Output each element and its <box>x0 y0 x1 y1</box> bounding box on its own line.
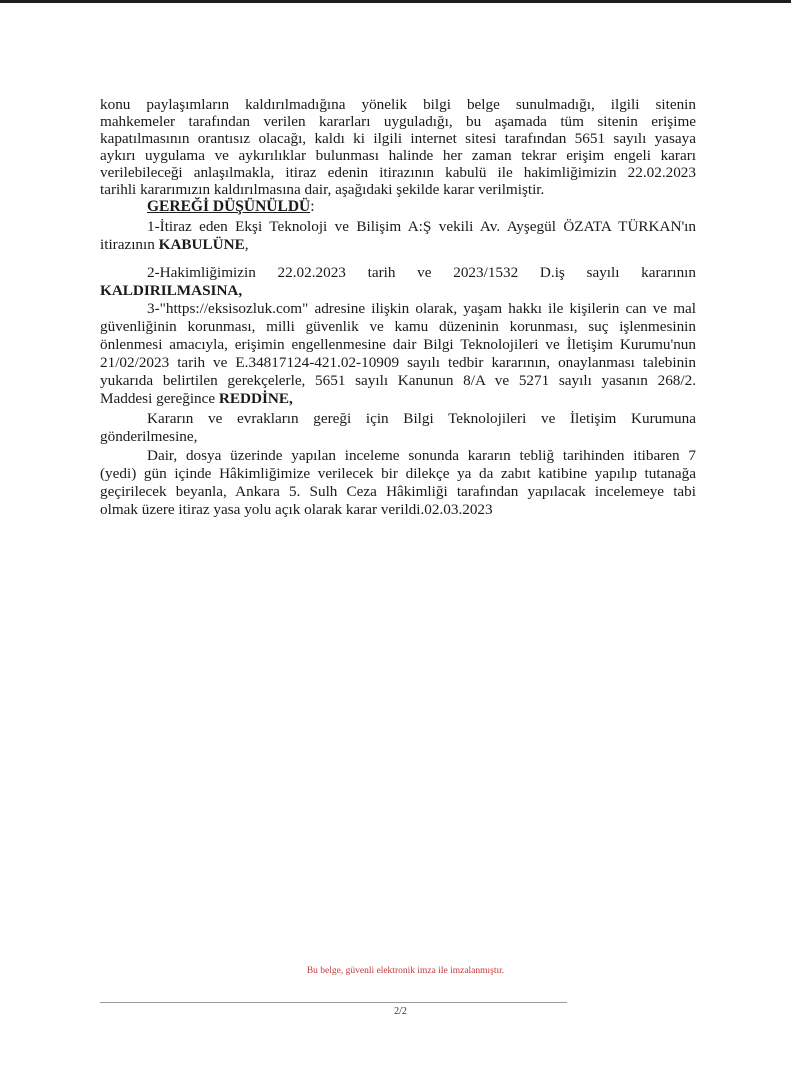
text-line: güvenliğinin korunması, milli güvenlik v… <box>100 318 696 335</box>
heading-text: GEREĞİ DÜŞÜNÜLDÜ <box>147 198 310 215</box>
text-line: aykırı uygulama ve aykırılıklar bulunmas… <box>100 147 696 164</box>
text-line: konu paylaşımların kaldırılmadığına yöne… <box>100 96 696 113</box>
text-line: 2-Hakimliğimizin 22.02.2023 tarih ve 202… <box>147 264 696 281</box>
text-line: Dair, dosya üzerinde yapılan inceleme so… <box>147 447 696 464</box>
text-line: verilebileceği anlaşılmakla, itiraz eden… <box>100 164 696 181</box>
heading-colon: : <box>310 198 314 215</box>
text-fragment: , <box>245 236 249 253</box>
footer-divider <box>100 1002 567 1003</box>
text-line: (yedi) gün içinde Hâkimliğimize verilece… <box>100 465 696 482</box>
text-line: önlenmesi amacıyla, erişimin engellenmes… <box>100 336 696 353</box>
text-line: 3-"https://eksisozluk.com" adresine iliş… <box>147 300 696 317</box>
text-line: yukarıda belirtilen gerekçelerle, 5651 s… <box>100 372 696 389</box>
text-line: Maddesi gereğince REDDİNE, <box>100 390 696 407</box>
text-fragment: itirazının <box>100 236 159 253</box>
text-line: Kararın ve evrakların gereği için Bilgi … <box>147 410 696 427</box>
text-line: gönderilmesine, <box>100 428 696 445</box>
verdict-reject: REDDİNE, <box>219 390 293 407</box>
document-page: konu paylaşımların kaldırılmadığına yöne… <box>0 0 791 1080</box>
section-heading: GEREĞİ DÜŞÜNÜLDÜ: <box>147 198 315 216</box>
text-line: mahkemeler tarafından verilen kararları … <box>100 113 696 130</box>
text-line: itirazının KABULÜNE, <box>100 236 696 253</box>
verdict-accept: KABULÜNE <box>159 236 245 253</box>
text-line: kapatılmasının orantısız olacağı, kaldı … <box>100 130 696 147</box>
text-line: tarihli kararımızın kaldırılmasına dair,… <box>100 181 696 198</box>
verdict-revoke: KALDIRILMASINA, <box>100 282 696 299</box>
e-signature-notice: Bu belge, güvenli elektronik imza ile im… <box>0 966 791 976</box>
text-line: 1-İtiraz eden Ekşi Teknoloji ve Bilişim … <box>147 218 696 235</box>
text-line: geçirilecek beyanla, Ankara 5. Sulh Ceza… <box>100 483 696 500</box>
text-fragment: Maddesi gereğince <box>100 390 219 407</box>
text-line: olmak üzere itiraz yasa yolu açık olarak… <box>100 501 696 518</box>
text-line: 21/02/2023 tarih ve E.34817124-421.02-10… <box>100 354 696 371</box>
page-number: 2/2 <box>0 1006 791 1017</box>
